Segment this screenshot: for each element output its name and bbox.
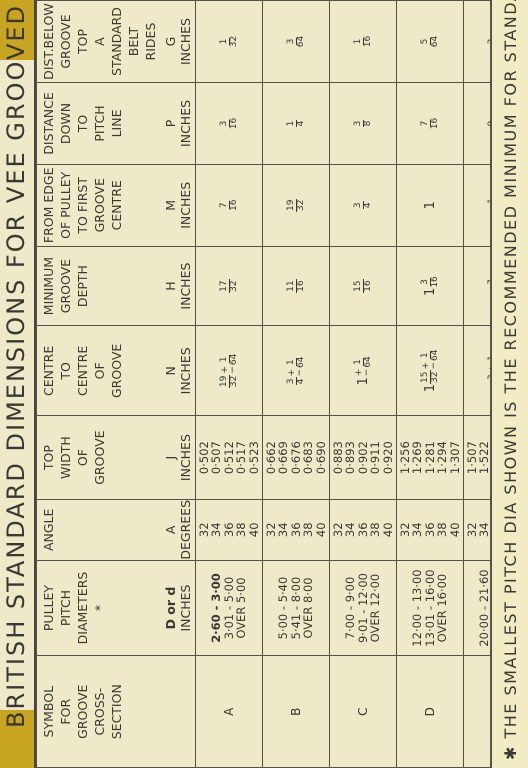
- centre-to-centre-value: 34+−164: [289, 357, 303, 386]
- fraction: 14: [287, 120, 306, 128]
- header-line: SECTION: [108, 656, 125, 767]
- header-line: CENTRE: [40, 327, 57, 416]
- diameter-list-item: OVER 5·00: [235, 577, 248, 638]
- header-line: BELT: [125, 1, 142, 82]
- diameter-list: 7·00 - 9·009·01 - 12·00OVER 12·00: [344, 561, 382, 656]
- diameters-cell: 5·00 - 5·405·41 - 8·00OVER 8·00: [263, 560, 330, 656]
- belt-rides-value: 116: [356, 36, 370, 47]
- column-header: ANGLE: [37, 499, 160, 560]
- fraction: 1932: [220, 375, 239, 388]
- denominator: 32: [230, 280, 239, 291]
- numerator: 7: [220, 201, 230, 209]
- belt-rides-value: 132: [222, 36, 236, 47]
- denominator: 32: [230, 36, 239, 47]
- header-line: GROOVE: [91, 416, 108, 499]
- numerator: 5: [421, 38, 431, 46]
- top-width-list: 0·8830·8930·9020·9110·920: [332, 416, 395, 499]
- header-row: SYMBOLFORGROOVECROSS-SECTIONPULLEYPITCHD…: [37, 1, 160, 768]
- min-depth-value: 1516: [356, 279, 370, 292]
- denominator: 16: [431, 118, 440, 129]
- numerator: 3: [354, 201, 364, 209]
- fraction: 364: [287, 36, 306, 47]
- fraction: 38: [354, 120, 373, 128]
- denominator: 8: [364, 121, 373, 127]
- top-width-list-item: 0·507: [210, 441, 223, 474]
- angle-list-item: 40: [382, 522, 395, 537]
- denominator: 16: [297, 280, 306, 291]
- header-line: RIDES: [142, 1, 159, 82]
- numerator: 15: [421, 371, 431, 384]
- top-width-list-item: 0·517: [235, 441, 248, 474]
- pitch-line-value: 716: [423, 118, 437, 129]
- fraction: 116: [354, 36, 373, 47]
- top-width-list-item: 0·893: [344, 441, 357, 474]
- document-title: BRITISH STANDARD DIMENSIONS FOR VEE GROO…: [2, 0, 30, 728]
- plus-minus-sign: +−: [221, 366, 237, 374]
- from-edge-value: 1932: [289, 199, 303, 212]
- fraction: 564: [421, 36, 440, 47]
- centre-to-centre-cell: 11532+−164: [397, 326, 464, 416]
- header-line: DISTANCE: [40, 83, 57, 164]
- min-depth-cell: 1316: [397, 246, 464, 326]
- groove-symbol: A: [196, 656, 263, 768]
- denominator: 64: [297, 357, 306, 368]
- symbol-label: D or d: [163, 561, 178, 656]
- tolerance-fraction: 164: [220, 354, 239, 365]
- column-header: MINIMUMGROOVEDEPTH: [37, 246, 160, 326]
- header-line: DIAMETERS: [74, 561, 91, 656]
- from-edge-value: 1: [423, 201, 437, 209]
- centre-to-centre-cell: 34+−164: [263, 326, 330, 416]
- table-row: B5·00 - 5·405·41 - 8·00OVER 8·0032343638…: [263, 1, 330, 768]
- from-edge-cell: 716: [196, 164, 263, 246]
- numerator: 1: [287, 120, 297, 128]
- column-header: CENTRETOCENTREOFGROOVE: [37, 326, 160, 416]
- top-width-list-item: 0·683: [302, 441, 315, 474]
- header-line: TO: [57, 327, 74, 416]
- diameter-list: 5·00 - 5·405·41 - 8·00OVER 8·00: [277, 561, 315, 656]
- belt-rides-cell: 364: [263, 1, 330, 83]
- numerator: 19: [220, 375, 230, 388]
- unit-cell: [159, 656, 196, 768]
- whole-number: 1: [423, 288, 438, 296]
- diameter-list-item: OVER 8·00: [302, 577, 315, 638]
- header-line: PULLEY: [40, 561, 57, 656]
- top-width-list-item: 0·911: [369, 441, 382, 474]
- table-row: D12·00 - 13·0013·01 - 16·00OVER 16·00323…: [397, 1, 464, 768]
- pitch-line-cell: 38: [330, 83, 397, 165]
- angle-list-item: 40: [248, 522, 261, 537]
- header-line: SYMBOL: [40, 656, 57, 767]
- header-line: OF PULLEY: [57, 165, 74, 246]
- column-header: PULLEYPITCHDIAMETERS*: [37, 560, 160, 656]
- angle-list-item: 38: [369, 522, 382, 537]
- numerator: 1: [354, 38, 364, 46]
- groove-symbol: C: [330, 656, 397, 768]
- unit-cell: JINCHES: [159, 416, 196, 500]
- symbol-label: G: [163, 1, 178, 82]
- symbol-label: A: [163, 500, 178, 560]
- symbol-label: M: [163, 165, 178, 246]
- tolerance-fraction: 164: [287, 357, 306, 368]
- unit-cell: MINCHES: [159, 164, 196, 246]
- denominator: 16: [230, 118, 239, 129]
- header-line: TO: [74, 83, 91, 164]
- angle-list-item: 34: [478, 522, 491, 537]
- header-line: OF: [74, 416, 91, 499]
- header-line: GROOVE TOP: [57, 1, 91, 82]
- header-line: TOP: [40, 416, 57, 499]
- table-row: A2·60 - 3·003·01 - 5·00OVER 5·0032343638…: [196, 1, 263, 768]
- diameter-list-item: 7·00 - 9·00: [344, 577, 357, 640]
- angle-list-item: 34: [411, 522, 424, 537]
- tolerance-fraction: 164: [421, 350, 440, 361]
- title-bar: BRITISH STANDARD DIMENSIONS FOR VEE GROO…: [0, 0, 36, 768]
- top-width-cell: 1·2561·2691·2811·2941·307: [397, 416, 464, 500]
- pitch-line-value: 316: [222, 118, 236, 129]
- header-line: PITCH: [91, 83, 108, 164]
- unit-cell: HINCHES: [159, 246, 196, 326]
- fraction: 1532: [421, 371, 440, 384]
- numerator: 3: [220, 120, 230, 128]
- unit-label: INCHES: [178, 247, 193, 326]
- fraction: 34: [287, 378, 306, 386]
- angle-list-item: 34: [344, 522, 357, 537]
- header-line: GROOVE: [57, 247, 74, 326]
- diameters-cell: 12·00 - 13·0013·01 - 16·00OVER 16·00: [397, 560, 464, 656]
- angle-list-item: 40: [449, 522, 462, 537]
- diameter-list-item: OVER 12·00: [369, 574, 382, 643]
- unit-label: INCHES: [178, 416, 193, 499]
- min-depth-cell: 1516: [330, 246, 397, 326]
- unit-cell: GINCHES: [159, 1, 196, 83]
- header-line: GROOVE: [74, 656, 91, 767]
- footnote: ✱ THE SMALLEST PITCH DIA SHOWN IS THE RE…: [490, 0, 528, 768]
- angle-list-item: 34: [210, 522, 223, 537]
- numerator: 15: [354, 279, 364, 292]
- pitch-line-value: 38: [356, 120, 370, 128]
- header-line: A STANDARD: [91, 1, 125, 82]
- fraction: 132: [220, 36, 239, 47]
- denominator: 32: [297, 200, 306, 211]
- header-line: LINE: [108, 83, 125, 164]
- unit-cell: ADEGREES: [159, 499, 196, 560]
- diameter-list-item: 12·00 - 13·00: [411, 569, 424, 646]
- rotated-document-page: BRITISH STANDARD DIMENSIONS FOR VEE GROO…: [0, 0, 528, 768]
- diameter-list-item: 5·00 - 5·40: [277, 577, 290, 640]
- top-width-list-item: 1·269: [411, 441, 424, 474]
- centre-to-centre-value: 1+−164: [356, 356, 370, 385]
- pitch-line-cell: 14: [263, 83, 330, 165]
- angle-list: 3234363840: [265, 500, 328, 560]
- header-line: CENTRE: [74, 327, 91, 416]
- unit-label: INCHES: [178, 83, 193, 164]
- unit-label: INCHES: [178, 165, 193, 246]
- header-line: GROOVE: [108, 327, 125, 416]
- header-line: OF: [91, 327, 108, 416]
- min-depth-value: 1732: [222, 279, 236, 292]
- pitch-line-value: 14: [289, 120, 303, 128]
- top-width-list: 0·5020·5070·5120·5170·523: [198, 416, 261, 499]
- fraction: 34: [354, 201, 373, 209]
- numerator: 3: [287, 378, 297, 386]
- denominator: 64: [431, 36, 440, 47]
- angle-list: 3234363840: [198, 500, 261, 560]
- unit-label: INCHES: [178, 1, 193, 82]
- numerator: 1: [220, 356, 230, 364]
- belt-rides-value: 364: [289, 36, 303, 47]
- top-width-list-item: 1·522: [478, 441, 491, 474]
- unit-label: DEGREES: [178, 500, 193, 560]
- top-width-list-item: 0·690: [315, 441, 328, 474]
- pulley-dimensions-table: SYMBOLFORGROOVECROSS-SECTIONPULLEYPITCHD…: [36, 0, 528, 768]
- denominator: 32: [431, 372, 440, 383]
- denominator: 64: [431, 350, 440, 361]
- fraction: 1116: [287, 279, 306, 292]
- angle-cell: 3234363840: [263, 499, 330, 560]
- header-line: FOR: [57, 656, 74, 767]
- pitch-line-cell: 316: [196, 83, 263, 165]
- numerator: 3: [354, 120, 364, 128]
- angle-list-item: 38: [436, 522, 449, 537]
- denominator: 16: [364, 36, 373, 47]
- header-line: *: [91, 561, 108, 656]
- top-width-cell: 0·8830·8930·9020·9110·920: [330, 416, 397, 500]
- fraction: 1732: [220, 279, 239, 292]
- diameter-list-item: 20·00 - 21·60: [478, 569, 491, 646]
- top-width-cell: 0·6620·6690·6760·6830·690: [263, 416, 330, 500]
- whole-number: 1: [423, 201, 438, 209]
- from-edge-cell: 1932: [263, 164, 330, 246]
- plus-minus-sign: +−: [355, 369, 371, 377]
- header-line: DEPTH: [74, 247, 91, 326]
- column-header: DISTANCEDOWNTOPITCHLINE: [37, 83, 160, 165]
- numerator: 1: [354, 358, 364, 366]
- fraction: 716: [220, 200, 239, 211]
- angle-list-item: 38: [302, 522, 315, 537]
- top-width-list-item: 1·294: [436, 441, 449, 474]
- min-depth-cell: 1116: [263, 246, 330, 326]
- diameter-list-item: OVER 16·00: [436, 574, 449, 643]
- tolerance-fraction: 164: [354, 356, 373, 367]
- unit-cell: PINCHES: [159, 83, 196, 165]
- diameter-list-item: 2·60 - 3·00: [210, 573, 223, 643]
- from-edge-cell: 1: [397, 164, 464, 246]
- centre-to-centre-cell: 1932+−164: [196, 326, 263, 416]
- symbol-label: H: [163, 247, 178, 326]
- header-line: ANGLE: [40, 500, 57, 560]
- header-line: MINIMUM: [40, 247, 57, 326]
- unit-label: INCHES: [178, 327, 193, 416]
- column-header: DIST.BELOWGROOVE TOPA STANDARDBELTRIDES: [37, 1, 160, 83]
- top-width-list-item: 0·669: [277, 441, 290, 474]
- top-width-list: 0·6620·6690·6760·6830·690: [265, 416, 328, 499]
- min-depth-value: 1316: [423, 276, 437, 296]
- whole-number: 1: [423, 384, 438, 392]
- belt-rides-value: 564: [423, 36, 437, 47]
- min-depth-value: 1116: [289, 279, 303, 292]
- min-depth-cell: 1732: [196, 246, 263, 326]
- header-line: GROOVE: [91, 165, 108, 246]
- header-line: FROM EDGE: [40, 165, 57, 246]
- groove-symbol: B: [263, 656, 330, 768]
- from-edge-value: 34: [356, 201, 370, 209]
- column-header: FROM EDGEOF PULLEYTO FIRSTGROOVECENTRE: [37, 164, 160, 246]
- denominator: 16: [230, 200, 239, 211]
- numerator: 19: [287, 199, 297, 212]
- fraction: 316: [220, 118, 239, 129]
- denominator: 4: [297, 121, 306, 127]
- header-line: WIDTH: [57, 416, 74, 499]
- header-line: TO FIRST: [74, 165, 91, 246]
- whole-number: 1: [356, 377, 371, 385]
- diameters-cell: 7·00 - 9·009·01 - 12·00OVER 12·00: [330, 560, 397, 656]
- unit-cell: NINCHES: [159, 326, 196, 416]
- belt-rides-cell: 564: [397, 1, 464, 83]
- denominator: 64: [230, 354, 239, 365]
- header-line: DOWN: [57, 83, 74, 164]
- unit-label: INCHES: [178, 561, 193, 656]
- numerator: 1: [287, 358, 297, 366]
- angle-list-item: 34: [277, 522, 290, 537]
- angle-cell: 3234363840: [397, 499, 464, 560]
- symbol-label: J: [163, 416, 178, 499]
- centre-to-centre-value: 1932+−164: [222, 354, 236, 388]
- top-width-list-item: 0·920: [382, 441, 395, 474]
- units-row: D or dINCHESADEGREESJINCHESNINCHESHINCHE…: [159, 1, 196, 768]
- top-width-list: 1·2561·2691·2811·2941·307: [399, 416, 462, 499]
- denominator: 16: [431, 276, 440, 287]
- top-width-list-item: 0·523: [248, 441, 261, 474]
- header-line: CROSS-: [91, 656, 108, 767]
- belt-rides-cell: 116: [330, 1, 397, 83]
- angle-list: 3234363840: [399, 500, 462, 560]
- denominator: 64: [364, 356, 373, 367]
- header-line: DIST.BELOW: [40, 1, 57, 82]
- denominator: 4: [297, 379, 306, 385]
- fraction: 716: [421, 118, 440, 129]
- fraction: 1516: [354, 279, 373, 292]
- column-header: TOPWIDTHOFGROOVE: [37, 416, 160, 500]
- denominator: 64: [297, 36, 306, 47]
- table-body: A2·60 - 3·003·01 - 5·00OVER 5·0032343638…: [196, 1, 528, 768]
- pitch-line-cell: 716: [397, 83, 464, 165]
- top-width-list-item: 1·307: [449, 441, 462, 474]
- from-edge-value: 716: [222, 200, 236, 211]
- table-row: C7·00 - 9·009·01 - 12·00OVER 12·00323436…: [330, 1, 397, 768]
- symbol-label: N: [163, 327, 178, 416]
- column-header: SYMBOLFORGROOVECROSS-SECTION: [37, 656, 160, 768]
- plus-minus-sign: +−: [288, 369, 304, 377]
- diameter-list: 2·60 - 3·003·01 - 5·00OVER 5·00: [210, 561, 248, 656]
- numerator: 11: [287, 279, 297, 292]
- numerator: 1: [220, 38, 230, 46]
- symbol-label: P: [163, 83, 178, 164]
- angle-list-item: 40: [315, 522, 328, 537]
- numerator: 3: [421, 278, 431, 286]
- fraction: 316: [421, 276, 440, 287]
- angle-cell: 3234363840: [196, 499, 263, 560]
- from-edge-cell: 34: [330, 164, 397, 246]
- denominator: 4: [364, 202, 373, 208]
- denominator: 16: [364, 280, 373, 291]
- groove-symbol: D: [397, 656, 464, 768]
- angle-cell: 3234363840: [330, 499, 397, 560]
- plus-minus-sign: +−: [422, 362, 438, 370]
- diameters-cell: 2·60 - 3·003·01 - 5·00OVER 5·00: [196, 560, 263, 656]
- centre-to-centre-value: 11532+−164: [423, 350, 437, 393]
- unit-cell: D or dINCHES: [159, 560, 196, 656]
- belt-rides-cell: 132: [196, 1, 263, 83]
- denominator: 32: [230, 376, 239, 387]
- numerator: 7: [421, 120, 431, 128]
- numerator: 17: [220, 279, 230, 292]
- centre-to-centre-cell: 1+−164: [330, 326, 397, 416]
- header-line: CENTRE: [108, 165, 125, 246]
- fraction: 1932: [287, 199, 306, 212]
- numerator: 1: [421, 351, 431, 359]
- angle-list: 3234363840: [332, 500, 395, 560]
- top-width-cell: 0·5020·5070·5120·5170·523: [196, 416, 263, 500]
- header-line: PITCH: [57, 561, 74, 656]
- numerator: 3: [287, 38, 297, 46]
- diameter-list: 12·00 - 13·0013·01 - 16·00OVER 16·00: [411, 561, 449, 656]
- angle-list-item: 38: [235, 522, 248, 537]
